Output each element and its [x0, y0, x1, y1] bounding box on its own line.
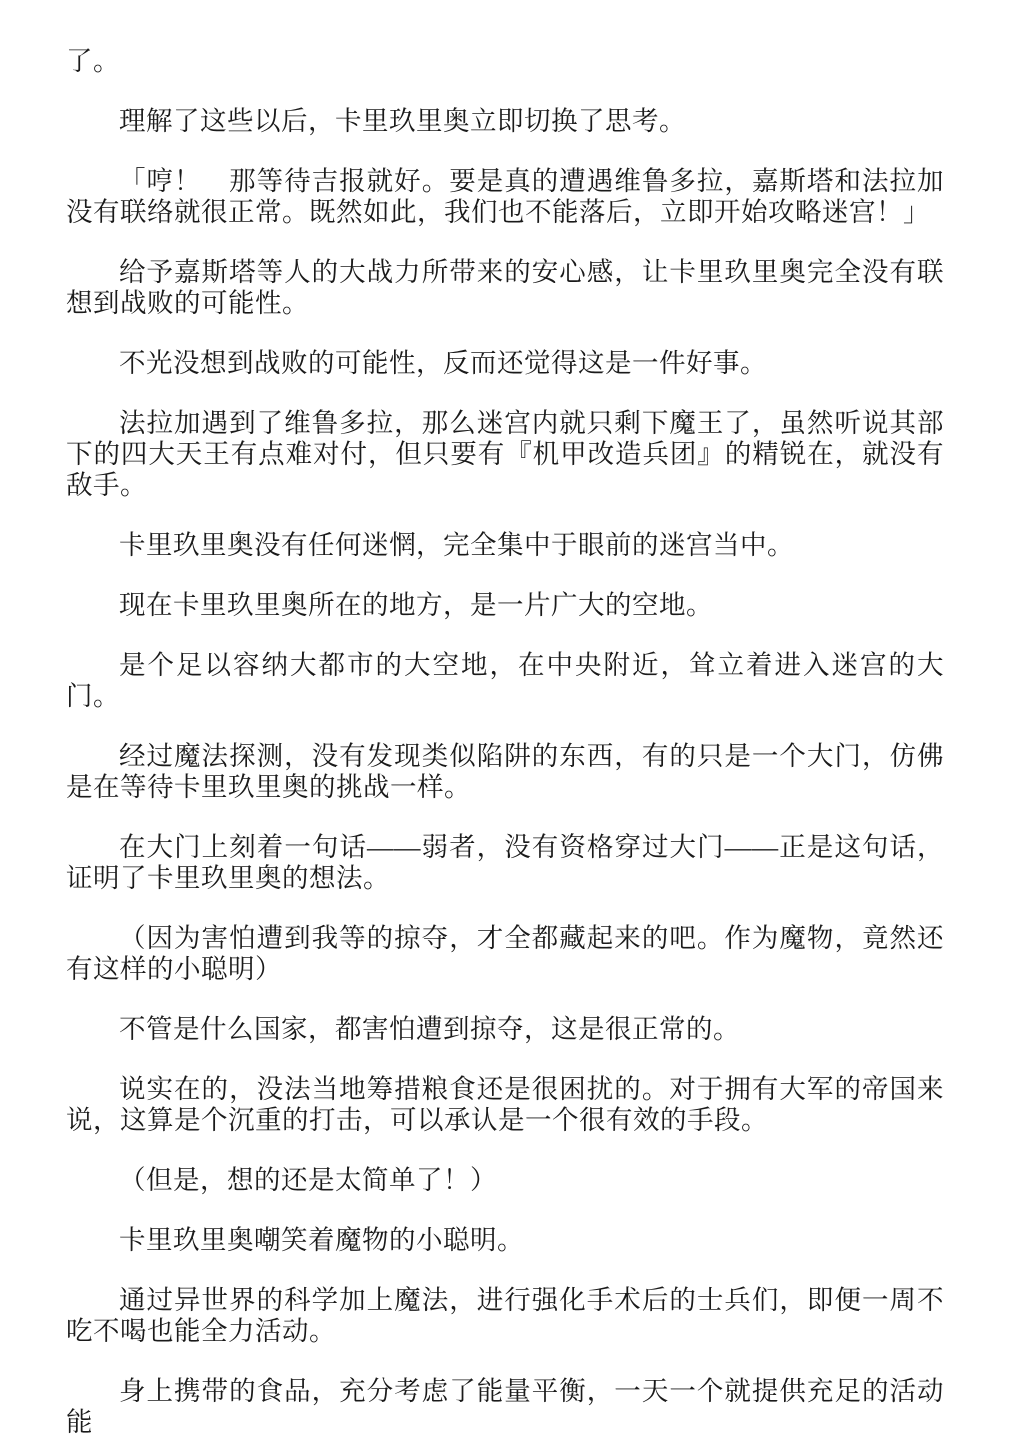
paragraph: 在大门上刻着一句话——弱者，没有资格穿过大门——正是这句话，证明了卡里玖里奥的想… — [66, 832, 944, 894]
paragraph: 通过异世界的科学加上魔法，进行强化手术后的士兵们，即便一周不吃不喝也能全力活动。 — [66, 1285, 944, 1347]
paragraph: （因为害怕遭到我等的掠夺，才全都藏起来的吧。作为魔物，竟然还有这样的小聪明） — [66, 923, 944, 985]
novel-text-body: 了。理解了这些以后，卡里玖里奥立即切换了思考。「哼！ 那等待吉报就好。要是真的遭… — [66, 46, 944, 1437]
novel-page: 了。理解了这些以后，卡里玖里奥立即切换了思考。「哼！ 那等待吉报就好。要是真的遭… — [0, 0, 1017, 1437]
paragraph: 给予嘉斯塔等人的大战力所带来的安心感，让卡里玖里奥完全没有联想到战败的可能性。 — [66, 257, 944, 319]
paragraph: 说实在的，没法当地筹措粮食还是很困扰的。对于拥有大军的帝国来说，这算是个沉重的打… — [66, 1074, 944, 1136]
paragraph: 经过魔法探测，没有发现类似陷阱的东西，有的只是一个大门，仿佛是在等待卡里玖里奥的… — [66, 741, 944, 803]
paragraph: 不管是什么国家，都害怕遭到掠夺，这是很正常的。 — [66, 1014, 944, 1045]
paragraph: 理解了这些以后，卡里玖里奥立即切换了思考。 — [66, 106, 944, 137]
paragraph: 身上携带的食品，充分考虑了能量平衡，一天一个就提供充足的活动能 — [66, 1376, 944, 1437]
paragraph: 法拉加遇到了维鲁多拉，那么迷宫内就只剩下魔王了，虽然听说其部下的四大天王有点难对… — [66, 408, 944, 501]
paragraph: （但是，想的还是太简单了！） — [66, 1165, 944, 1196]
paragraph: 了。 — [66, 46, 944, 77]
paragraph: 卡里玖里奥没有任何迷惘，完全集中于眼前的迷宫当中。 — [66, 530, 944, 561]
paragraph: 卡里玖里奥嘲笑着魔物的小聪明。 — [66, 1225, 944, 1256]
paragraph: 是个足以容纳大都市的大空地，在中央附近，耸立着进入迷宫的大门。 — [66, 650, 944, 712]
paragraph: 不光没想到战败的可能性，反而还觉得这是一件好事。 — [66, 348, 944, 379]
paragraph: 现在卡里玖里奥所在的地方，是一片广大的空地。 — [66, 590, 944, 621]
paragraph: 「哼！ 那等待吉报就好。要是真的遭遇维鲁多拉，嘉斯塔和法拉加没有联络就很正常。既… — [66, 166, 944, 228]
